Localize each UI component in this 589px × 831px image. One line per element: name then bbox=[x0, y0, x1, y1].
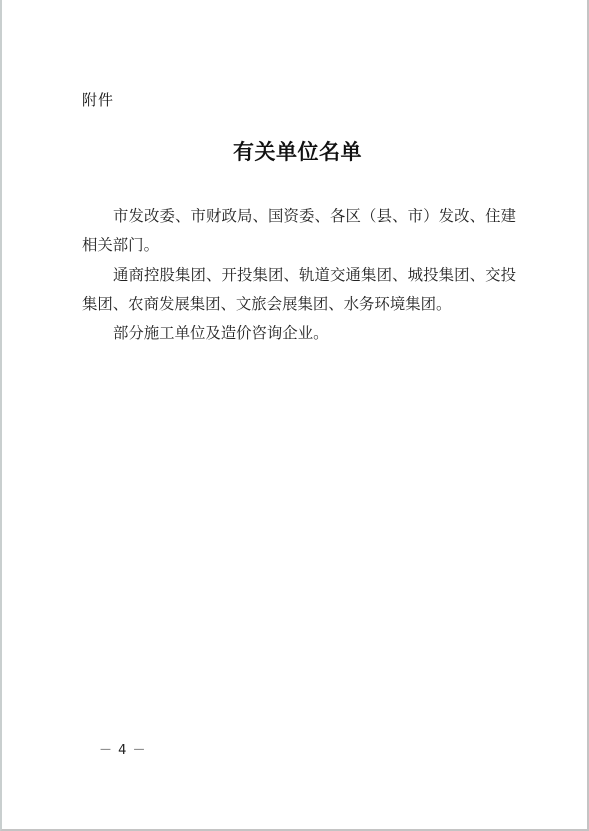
page-number: － 4 － bbox=[99, 743, 147, 759]
attachment-label: 附件 bbox=[82, 91, 114, 109]
document-body: 市发改委、市财政局、国资委、各区（县、市）发改、住建相关部门。 通商控股集团、开… bbox=[82, 202, 516, 348]
paragraph-government-departments: 市发改委、市财政局、国资委、各区（县、市）发改、住建相关部门。 bbox=[82, 202, 516, 261]
document-title: 有关单位名单 bbox=[2, 138, 589, 166]
paragraph-state-enterprises: 通商控股集团、开投集团、轨道交通集团、城投集团、交投集团、农商发展集团、文旅会展… bbox=[82, 261, 516, 320]
paragraph-construction-consulting: 部分施工单位及造价咨询企业。 bbox=[82, 319, 516, 348]
document-page: 附件 有关单位名单 市发改委、市财政局、国资委、各区（县、市）发改、住建相关部门… bbox=[0, 0, 589, 831]
